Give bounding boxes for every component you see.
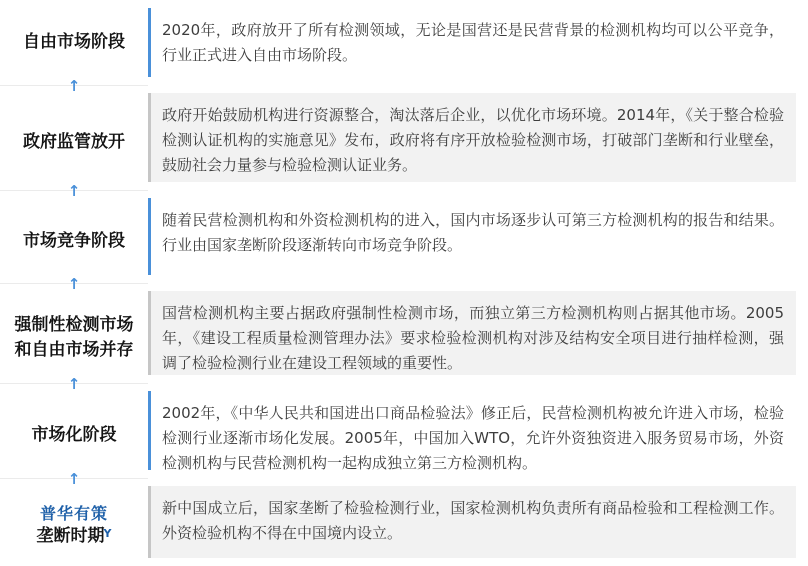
stage-row: ↑ 普华有策 垄断时期Y 新中国成立后，国家垄断了检验检测行业，国家检测机构负责… (0, 478, 808, 566)
stage-label-wrap: 普华有策 垄断时期Y (0, 488, 148, 566)
stage-label-text: 市场竞争阶段 (23, 231, 125, 251)
stage-label-text: 垄断时期 (37, 526, 105, 546)
stage-label-text: 市场化阶段 (32, 425, 117, 445)
stage-label-text: 强制性检测市场 和自由市场并存 (15, 315, 134, 360)
stage-description: 国营检测机构主要占据政府强制性检测市场，而独立第三方检测机构则占据其他市场。20… (162, 301, 784, 375)
stage-right-cell: 新中国成立后，国家垄断了检验检测行业，国家检测机构负责所有商品检验和工程检测工作… (148, 478, 808, 566)
stage-description: 政府开始鼓励机构进行资源整合，淘汰落后企业，以优化市场环境。2014年，《关于整… (162, 103, 784, 178)
stage-left-cell: ↑ 政府监管放开 (0, 85, 148, 190)
stage-label-wrap: 市场竞争阶段 (0, 200, 148, 283)
stage-right-cell: 2020年，政府放开了所有检测领域，无论是国营还是民营背景的检测机构均可以公平竞… (148, 0, 808, 85)
stage-row: ↑ 市场竞争阶段 随着民营检测机构和外资检测机构的进入，国内市场逐步认可第三方检… (0, 190, 808, 283)
stage-description-block: 国营检测机构主要占据政府强制性检测市场，而独立第三方检测机构则占据其他市场。20… (148, 291, 796, 375)
stage-right-cell: 随着民营检测机构和外资检测机构的进入，国内市场逐步认可第三方检测机构的报告和结果… (148, 190, 808, 283)
stage-label: 市场竞争阶段 (23, 229, 125, 254)
stage-description-block: 新中国成立后，国家垄断了检验检测行业，国家检测机构负责所有商品检验和工程检测工作… (148, 486, 796, 558)
stage-label-wrap: 政府监管放开 (0, 95, 148, 190)
up-arrow-icon: ↑ (68, 275, 81, 293)
stage-label-wrap: 自由市场阶段 (0, 0, 148, 85)
stage-row: ↑ 政府监管放开 政府开始鼓励机构进行资源整合，淘汰落后企业，以优化市场环境。2… (0, 85, 808, 190)
stage-right-cell: 国营检测机构主要占据政府强制性检测市场，而独立第三方检测机构则占据其他市场。20… (148, 283, 808, 383)
stage-label-text: 自由市场阶段 (23, 32, 125, 52)
page: 自由市场阶段 2020年，政府放开了所有检测领域，无论是国营还是民营背景的检测机… (0, 0, 808, 566)
stage-label: 市场化阶段 (32, 423, 117, 448)
stage-description: 2020年，政府放开了所有检测领域，无论是国营还是民营背景的检测机构均可以公平竞… (162, 18, 784, 68)
stage-row: ↑ 强制性检测市场 和自由市场并存 国营检测机构主要占据政府强制性检测市场，而独… (0, 283, 808, 383)
stage-left-cell: ↑ 普华有策 垄断时期Y (0, 478, 148, 566)
stage-right-cell: 2002年，《中华人民共和国进出口商品检验法》修正后，民营检测机构被允许进入市场… (148, 383, 808, 478)
stage-left-cell: ↑ 市场化阶段 (0, 383, 148, 478)
stage-label: 强制性检测市场 和自由市场并存 (15, 313, 134, 363)
stage-label-wrap: 市场化阶段 (0, 393, 148, 478)
stage-description-block: 2020年，政府放开了所有检测领域，无论是国营还是民营背景的检测机构均可以公平竞… (148, 8, 796, 77)
stage-left-cell: 自由市场阶段 (0, 0, 148, 85)
stage-label-wrap: 强制性检测市场 和自由市场并存 (0, 293, 148, 383)
stage-description-block: 随着民营检测机构和外资检测机构的进入，国内市场逐步认可第三方检测机构的报告和结果… (148, 198, 796, 275)
stage-row: ↑ 市场化阶段 2002年，《中华人民共和国进出口商品检验法》修正后，民营检测机… (0, 383, 808, 478)
stage-description-block: 政府开始鼓励机构进行资源整合，淘汰落后企业，以优化市场环境。2014年，《关于整… (148, 93, 796, 182)
stage-description: 2002年，《中华人民共和国进出口商品检验法》修正后，民营检测机构被允许进入市场… (162, 401, 784, 470)
up-arrow-icon: ↑ (68, 470, 81, 488)
stage-left-cell: ↑ 市场竞争阶段 (0, 190, 148, 283)
stage-label: 自由市场阶段 (23, 30, 125, 55)
timeline: 自由市场阶段 2020年，政府放开了所有检测领域，无论是国营还是民营背景的检测机… (0, 0, 808, 566)
stage-row: 自由市场阶段 2020年，政府放开了所有检测领域，无论是国营还是民营背景的检测机… (0, 0, 808, 85)
stage-left-cell: ↑ 强制性检测市场 和自由市场并存 (0, 283, 148, 383)
watermark-remnant: Y (104, 527, 112, 540)
stage-description-block: 2002年，《中华人民共和国进出口商品检验法》修正后，民营检测机构被允许进入市场… (148, 391, 796, 470)
stage-label-text: 政府监管放开 (23, 132, 125, 152)
up-arrow-icon: ↑ (68, 182, 81, 200)
up-arrow-icon: ↑ (68, 77, 81, 95)
stage-label: 垄断时期Y (37, 521, 112, 549)
up-arrow-icon: ↑ (68, 375, 81, 393)
stage-description: 随着民营检测机构和外资检测机构的进入，国内市场逐步认可第三方检测机构的报告和结果… (162, 208, 784, 258)
stage-description: 新中国成立后，国家垄断了检验检测行业，国家检测机构负责所有商品检验和工程检测工作… (162, 496, 784, 546)
stage-right-cell: 政府开始鼓励机构进行资源整合，淘汰落后企业，以优化市场环境。2014年，《关于整… (148, 85, 808, 190)
stage-label: 政府监管放开 (23, 130, 125, 155)
